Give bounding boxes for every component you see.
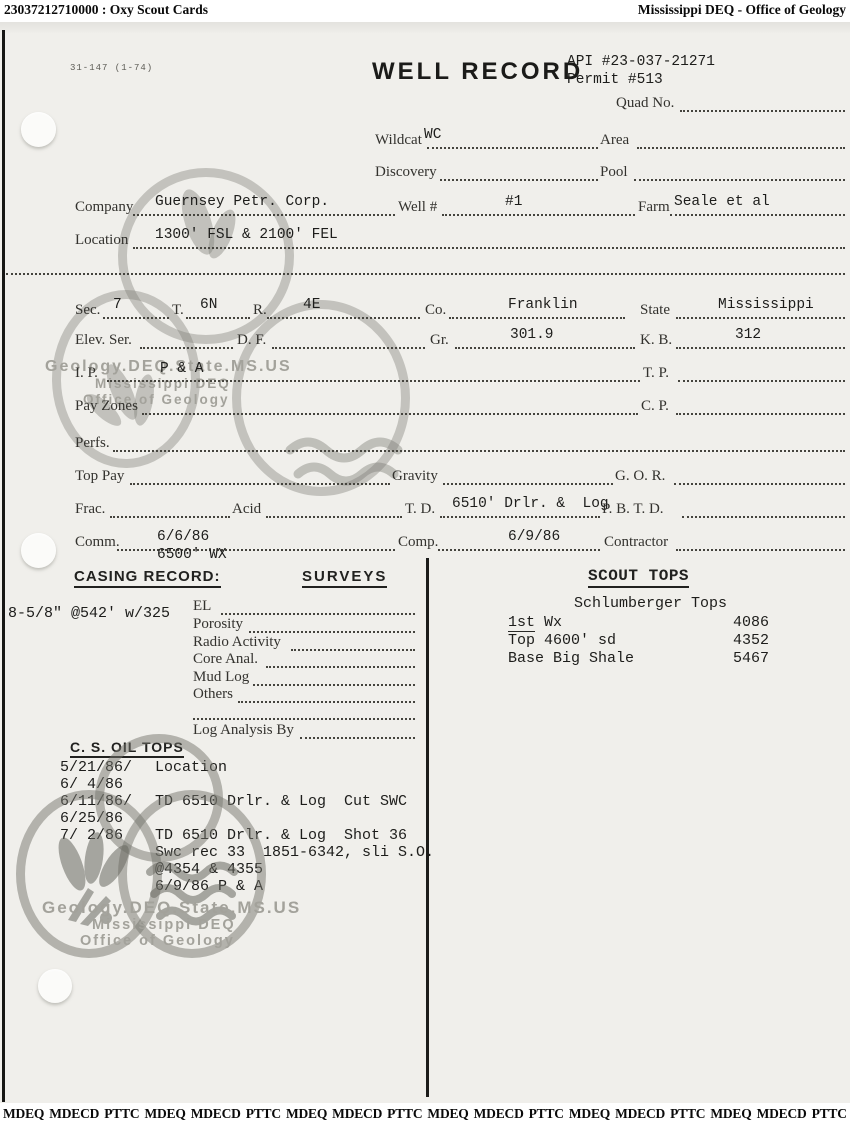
survey-log-analysis-by: Log Analysis By: [193, 722, 294, 739]
dotted-line: [676, 413, 845, 415]
hole-punch: [38, 969, 72, 1003]
scout-top-name: Top 4600' sd: [508, 632, 616, 649]
dotted-line: [674, 483, 845, 485]
td-label: T. D.: [405, 501, 435, 518]
agency-title: Mississippi DEQ - Office of Geology: [638, 2, 846, 18]
gr-label: Gr.: [430, 332, 449, 349]
pay-zones-label: Pay Zones: [75, 398, 138, 415]
watermark-deq-text: Mississippi DEQ: [92, 917, 236, 933]
footer-token: MDECD: [332, 1106, 382, 1122]
dotted-line: [676, 549, 845, 551]
dotted-line: [133, 214, 395, 216]
comm-value: 6/6/86: [157, 529, 209, 545]
dotted-line: [291, 649, 415, 651]
scout-top-depth: 5467: [733, 650, 769, 667]
dotted-line: [193, 718, 415, 720]
top-pay-label: Top Pay: [75, 468, 124, 485]
dotted-line: [107, 380, 640, 382]
dotted-line: [272, 347, 425, 349]
footer-token: PTTC: [104, 1106, 139, 1122]
location-label: Location: [75, 232, 128, 249]
dotted-line: [238, 701, 415, 703]
dotted-line: [266, 666, 415, 668]
section-divider-line: [426, 558, 429, 1097]
scout-tops-title: SCOUT TOPS: [588, 567, 689, 588]
state-value: Mississippi: [718, 297, 814, 313]
footer-token: MDEQ: [144, 1106, 185, 1122]
t-label: T.: [172, 302, 184, 319]
dotted-line: [266, 516, 402, 518]
scan-edge-line: [2, 30, 5, 1102]
dotted-line: [130, 483, 390, 485]
pool-label: Pool: [600, 164, 628, 181]
well-no-value: #1: [505, 194, 522, 210]
co-label: Co.: [425, 302, 446, 319]
farm-value: Seale et al: [674, 194, 770, 210]
dotted-line: [455, 347, 635, 349]
dotted-line: [637, 147, 845, 149]
scout-tops-subtitle: Schlumberger Tops: [574, 595, 727, 612]
quad-no-label: Quad No.: [616, 95, 674, 112]
casing-entry: 8-5/8" @542' w/325: [8, 605, 170, 622]
dotted-line: [186, 317, 250, 319]
acid-label: Acid: [232, 501, 261, 518]
wildcat-label: Wildcat: [375, 132, 422, 149]
dotted-line: [6, 273, 845, 275]
footer-token: MDEQ: [286, 1106, 327, 1122]
dotted-line: [443, 483, 613, 485]
cp-label: C. P.: [641, 398, 669, 415]
hole-punch: [21, 533, 56, 568]
form-number: 31-147 (1-74): [70, 63, 153, 73]
footer-token: PTTC: [812, 1106, 847, 1122]
document-id-title: 23037212710000 : Oxy Scout Cards: [4, 2, 208, 18]
survey-item-core-anal: Core Anal.: [193, 651, 258, 668]
pbtd-label: P. B. T. D.: [602, 501, 664, 518]
perfs-label: Perfs.: [75, 435, 110, 452]
viewer-footer-bar: MDEQ MDECD PTTC MDEQ MDECD PTTC MDEQ MDE…: [0, 1103, 850, 1125]
footer-token: PTTC: [670, 1106, 705, 1122]
footer-token: MDEQ: [3, 1106, 44, 1122]
viewer-header-bar: 23037212710000 : Oxy Scout Cards Mississ…: [0, 0, 850, 22]
watermark-deq-text: Mississippi DEQ: [95, 376, 231, 391]
footer-token: MDEQ: [569, 1106, 610, 1122]
well-no-label: Well #: [398, 199, 437, 216]
area-label: Area: [600, 132, 629, 149]
form-title: WELL RECORD: [372, 58, 583, 86]
dotted-line: [440, 179, 598, 181]
dotted-line: [133, 247, 845, 249]
tp-label: T. P.: [643, 365, 669, 382]
dotted-line: [103, 317, 169, 319]
footer-token: MDECD: [191, 1106, 241, 1122]
company-value: Guernsey Petr. Corp.: [155, 194, 329, 210]
sec-value: 7: [113, 297, 122, 313]
footer-token: MDECD: [474, 1106, 524, 1122]
permit-number: Permit #513: [567, 72, 663, 88]
comp-value: 6/9/86: [508, 529, 560, 545]
footer-token: PTTC: [246, 1106, 281, 1122]
footer-token: PTTC: [529, 1106, 564, 1122]
dotted-line: [442, 214, 635, 216]
discovery-label: Discovery: [375, 164, 437, 181]
sec-label: Sec.: [75, 302, 100, 319]
location-value: 1300' FSL & 2100' FEL: [155, 227, 338, 243]
comm-label: Comm.: [75, 534, 120, 551]
footer-token: MDECD: [757, 1106, 807, 1122]
footer-token: MDECD: [49, 1106, 99, 1122]
td-value: 6510' Drlr. & Log: [452, 496, 609, 512]
dotted-line: [678, 380, 845, 382]
watermark-geology-text: Office of Geology: [80, 933, 235, 949]
survey-item-porosity: Porosity: [193, 616, 243, 633]
footer-token: MDEQ: [427, 1106, 468, 1122]
scout-top-depth: 4352: [733, 632, 769, 649]
frac-label: Frac.: [75, 501, 105, 518]
dotted-line: [438, 549, 600, 551]
elev-ser-label: Elev. Ser.: [75, 332, 132, 349]
dotted-line: [449, 317, 625, 319]
ip-value: P & A: [160, 361, 204, 377]
dotted-line: [427, 147, 598, 149]
dotted-line: [300, 737, 415, 739]
dotted-line: [142, 413, 638, 415]
dotted-line: [110, 516, 230, 518]
dotted-line: [253, 684, 415, 686]
comp-label: Comp.: [398, 534, 438, 551]
contractor-label: Contractor: [604, 534, 668, 551]
scout-top-depth: 4086: [733, 614, 769, 631]
dotted-line: [676, 317, 845, 319]
survey-item-others: Others: [193, 686, 233, 703]
t-value: 6N: [200, 297, 217, 313]
footer-token: PTTC: [387, 1106, 422, 1122]
kb-label: K. B.: [640, 332, 672, 349]
r-label: R.: [253, 302, 267, 319]
comm-extra-value: 6500' WX: [157, 547, 227, 563]
company-label: Company: [75, 199, 133, 216]
co-value: Franklin: [508, 297, 578, 313]
gravity-label: Gravity: [392, 468, 438, 485]
dotted-line: [113, 450, 845, 452]
wildcat-value: WC: [424, 127, 441, 143]
gor-label: G. O. R.: [615, 468, 665, 485]
survey-item-radio-activity: Radio Activity: [193, 634, 281, 651]
survey-item-el: EL: [193, 598, 211, 615]
dotted-line: [682, 516, 845, 518]
footer-token: MDEQ: [710, 1106, 751, 1122]
dotted-line: [440, 516, 600, 518]
casing-record-title: CASING RECORD:: [74, 568, 221, 588]
gr-value: 301.9: [510, 327, 554, 343]
hole-punch: [21, 112, 56, 147]
dotted-line: [634, 179, 845, 181]
dotted-line: [221, 613, 415, 615]
state-label: State: [640, 302, 670, 319]
df-label: D. F.: [237, 332, 266, 349]
scout-top-name: Base Big Shale: [508, 650, 634, 667]
dotted-line: [140, 347, 233, 349]
dotted-line: [670, 214, 845, 216]
footer-token: MDECD: [615, 1106, 665, 1122]
dotted-line: [249, 631, 415, 633]
api-number: API #23-037-21271: [567, 54, 715, 70]
watermark-url-text: Geology.DEQ.State.MS.US: [42, 898, 301, 918]
scanned-well-record-page: Geology.DEQ.State.MS.US Mississippi DEQ …: [0, 22, 850, 1103]
kb-value: 312: [735, 327, 761, 343]
r-value: 4E: [303, 297, 320, 313]
survey-item-mud-log: Mud Log: [193, 669, 249, 686]
dotted-line: [680, 110, 845, 112]
dotted-line: [267, 317, 420, 319]
scout-top-name: 1st Wx: [508, 614, 562, 631]
ip-label: I. P.: [75, 365, 98, 382]
surveys-title: SURVEYS: [302, 568, 387, 588]
farm-label: Farm: [638, 199, 670, 216]
dotted-line: [676, 347, 845, 349]
